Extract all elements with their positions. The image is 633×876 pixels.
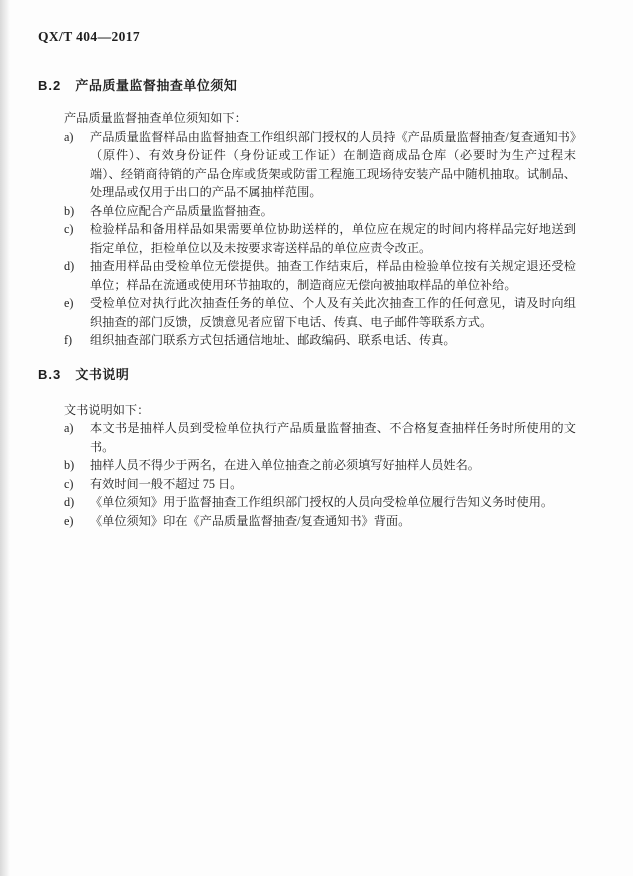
- list-item-text: 受检单位对执行此次抽查任务的单位、个人及有关此次抽查工作的任何意见，请及时向组织…: [90, 294, 576, 331]
- list-item: d) 《单位须知》用于监督抽查工作组织部门授权的人员向受检单位履行告知义务时使用…: [64, 493, 576, 512]
- list-item-text: 《单位须知》用于监督抽查工作组织部门授权的人员向受检单位履行告知义务时使用。: [90, 493, 576, 512]
- list-item: e) 《单位须知》印在《产品质量监督抽查/复查通知书》背面。: [64, 512, 576, 531]
- list-item-label: f): [64, 331, 90, 350]
- list-item: f) 组织抽查部门联系方式包括通信地址、邮政编码、联系电话、传真。: [64, 331, 576, 350]
- screenshot-root: { "page": { "header_label": "QX/T 404—20…: [0, 0, 633, 876]
- section-b2-heading: B.2 产品质量监督抽查单位须知: [38, 76, 576, 95]
- standard-number: QX/T 404—2017: [38, 28, 576, 46]
- list-item: a) 本文书是抽样人员到受检单位执行产品质量监督抽查、不合格复查抽样任务时所使用…: [64, 419, 576, 456]
- list-item: b) 各单位应配合产品质量监督抽查。: [64, 202, 576, 221]
- section-b3-title: 文书说明: [75, 367, 129, 382]
- list-item-label: d): [64, 493, 90, 512]
- list-item-label: c): [64, 475, 90, 494]
- list-item-label: a): [64, 128, 90, 202]
- list-item-text: 检验样品和备用样品如果需要单位协助送样的，单位应在规定的时间内将样品完好地送到指…: [90, 220, 576, 257]
- list-item-label: c): [64, 220, 90, 257]
- section-b3-number: B.3: [38, 365, 61, 384]
- section-b3-list: a) 本文书是抽样人员到受检单位执行产品质量监督抽查、不合格复查抽样任务时所使用…: [38, 419, 576, 530]
- list-item-label: e): [64, 512, 90, 531]
- section-b2-list: a) 产品质量监督样品由监督抽查工作组织部门授权的人员持《产品质量监督抽查/复查…: [38, 128, 576, 350]
- section-b2-body: 产品质量监督抽查单位须知如下： a) 产品质量监督样品由监督抽查工作组织部门授权…: [38, 109, 576, 350]
- list-item-label: b): [64, 202, 90, 221]
- list-item: b) 抽样人员不得少于两名，在进入单位抽查之前必须填写好抽样人员姓名。: [64, 456, 576, 475]
- list-item-label: e): [64, 294, 90, 331]
- section-b3-intro: 文书说明如下：: [64, 401, 576, 420]
- list-item-text: 产品质量监督样品由监督抽查工作组织部门授权的人员持《产品质量监督抽查/复查通知书…: [90, 128, 576, 202]
- section-b2-intro: 产品质量监督抽查单位须知如下：: [64, 109, 576, 128]
- list-item-label: a): [64, 419, 90, 456]
- list-item-label: b): [64, 456, 90, 475]
- list-item: d) 抽查用样品由受检单位无偿提供。抽查工作结束后，样品由检验单位按有关规定退还…: [64, 257, 576, 294]
- section-b2-number: B.2: [38, 76, 61, 95]
- list-item: c) 检验样品和备用样品如果需要单位协助送样的，单位应在规定的时间内将样品完好地…: [64, 220, 576, 257]
- section-b3-body: 文书说明如下： a) 本文书是抽样人员到受检单位执行产品质量监督抽查、不合格复查…: [38, 401, 576, 531]
- document-page: QX/T 404—2017 B.2 产品质量监督抽查单位须知 产品质量监督抽查单…: [0, 0, 633, 876]
- section-b3: B.3 文书说明 文书说明如下： a) 本文书是抽样人员到受检单位执行产品质量监…: [38, 365, 576, 531]
- list-item: a) 产品质量监督样品由监督抽查工作组织部门授权的人员持《产品质量监督抽查/复查…: [64, 128, 576, 202]
- list-item-text: 本文书是抽样人员到受检单位执行产品质量监督抽查、不合格复查抽样任务时所使用的文书…: [90, 419, 576, 456]
- list-item-text: 有效时间一般不超过 75 日。: [90, 475, 576, 494]
- section-b2-title: 产品质量监督抽查单位须知: [75, 78, 237, 93]
- list-item-text: 抽样人员不得少于两名，在进入单位抽查之前必须填写好抽样人员姓名。: [90, 456, 576, 475]
- list-item-text: 《单位须知》印在《产品质量监督抽查/复查通知书》背面。: [90, 512, 576, 531]
- list-item: c) 有效时间一般不超过 75 日。: [64, 475, 576, 494]
- list-item: e) 受检单位对执行此次抽查任务的单位、个人及有关此次抽查工作的任何意见，请及时…: [64, 294, 576, 331]
- section-b3-heading: B.3 文书说明: [38, 365, 576, 384]
- list-item-text: 组织抽查部门联系方式包括通信地址、邮政编码、联系电话、传真。: [90, 331, 576, 350]
- section-b2: B.2 产品质量监督抽查单位须知 产品质量监督抽查单位须知如下： a) 产品质量…: [38, 76, 576, 350]
- list-item-label: d): [64, 257, 90, 294]
- list-item-text: 各单位应配合产品质量监督抽查。: [90, 202, 576, 221]
- list-item-text: 抽查用样品由受检单位无偿提供。抽查工作结束后，样品由检验单位按有关规定退还受检单…: [90, 257, 576, 294]
